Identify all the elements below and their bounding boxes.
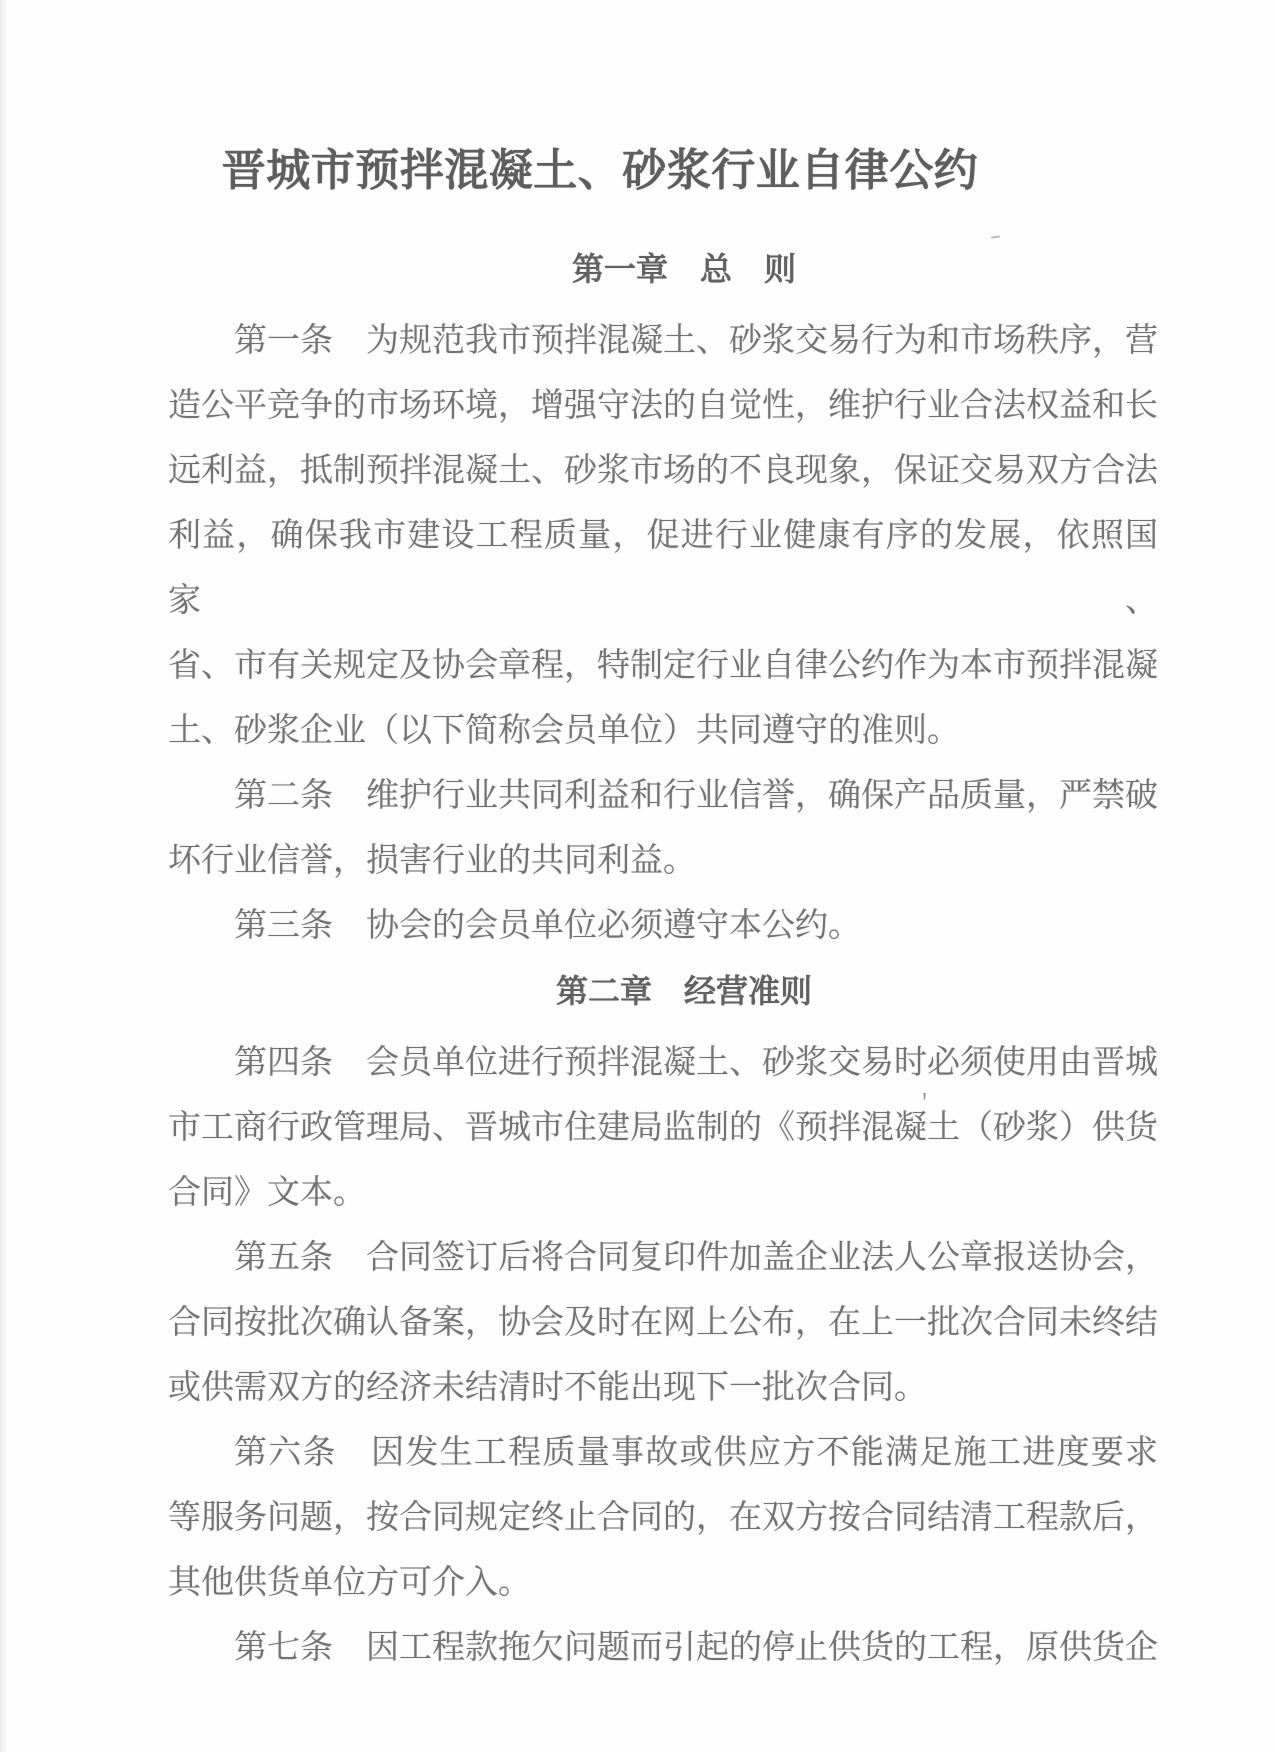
document-line: 第五条 合同签订后将合同复印件加盖企业法人公章报送协会，: [168, 1226, 1158, 1291]
document-line: 造公平竞争的市场环境，增强守法的自觉性，维护行业合法权益和长: [168, 374, 1158, 439]
chapter-heading: 第一章 总 则: [168, 237, 1158, 302]
document-line: 其他供货单位方可介入。: [168, 1551, 1158, 1616]
document-line: 第二条 维护行业共同利益和行业信誉，确保产品质量，严禁破: [168, 764, 1158, 829]
scan-edge-shadow: [0, 0, 7, 1752]
document-line: 第六条 因发生工程质量事故或供应方不能满足施工进度要求: [168, 1421, 1158, 1486]
document-line: 第四条 会员单位进行预拌混凝土、砂浆交易时必须使用由晋城: [168, 1031, 1158, 1096]
document-line: 坏行业信誉，损害行业的共同利益。: [168, 829, 1158, 894]
document-line: 土、砂浆企业（以下简称会员单位）共同遵守的准则。: [168, 699, 1158, 764]
chapter-heading: 第二章 经营准则: [168, 959, 1158, 1024]
document-line: 合同按批次确认备案，协会及时在网上公布，在上一批次合同未终结: [168, 1291, 1158, 1356]
scan-artifact-tick: ': [922, 1088, 927, 1120]
document-line: 市工商行政管理局、晋城市住建局监制的《预拌混凝土（砂浆）供货: [168, 1096, 1158, 1161]
document-line: 或供需双方的经济未结清时不能出现下一批次合同。: [168, 1356, 1158, 1421]
document-line: 省、市有关规定及协会章程，特制定行业自律公约作为本市预拌混凝: [168, 634, 1158, 699]
document-body: 第一章 总 则第一条 为规范我市预拌混凝土、砂浆交易行为和市场秩序，营造公平竞争…: [168, 237, 1158, 1681]
document-line: 利益，确保我市建设工程质量，促进行业健康有序的发展，依照国家、: [168, 504, 1158, 634]
document-line: 第三条 协会的会员单位必须遵守本公约。: [168, 894, 1158, 959]
scanned-document-page: 晋城市预拌混凝土、砂浆行业自律公约 第一章 总 则第一条 为规范我市预拌混凝土、…: [0, 0, 1275, 1752]
document-line: 远利益，抵制预拌混凝土、砂浆市场的不良现象，保证交易双方合法: [168, 439, 1158, 504]
document-line: 第七条 因工程款拖欠问题而引起的停止供货的工程，原供货企: [168, 1616, 1158, 1681]
document-line: 等服务问题，按合同规定终止合同的，在双方按合同结清工程款后，: [168, 1486, 1158, 1551]
document-line: 第一条 为规范我市预拌混凝土、砂浆交易行为和市场秩序，营: [168, 309, 1158, 374]
document-title: 晋城市预拌混凝土、砂浆行业自律公约: [0, 139, 1200, 203]
document-line: 合同》文本。: [168, 1161, 1158, 1226]
